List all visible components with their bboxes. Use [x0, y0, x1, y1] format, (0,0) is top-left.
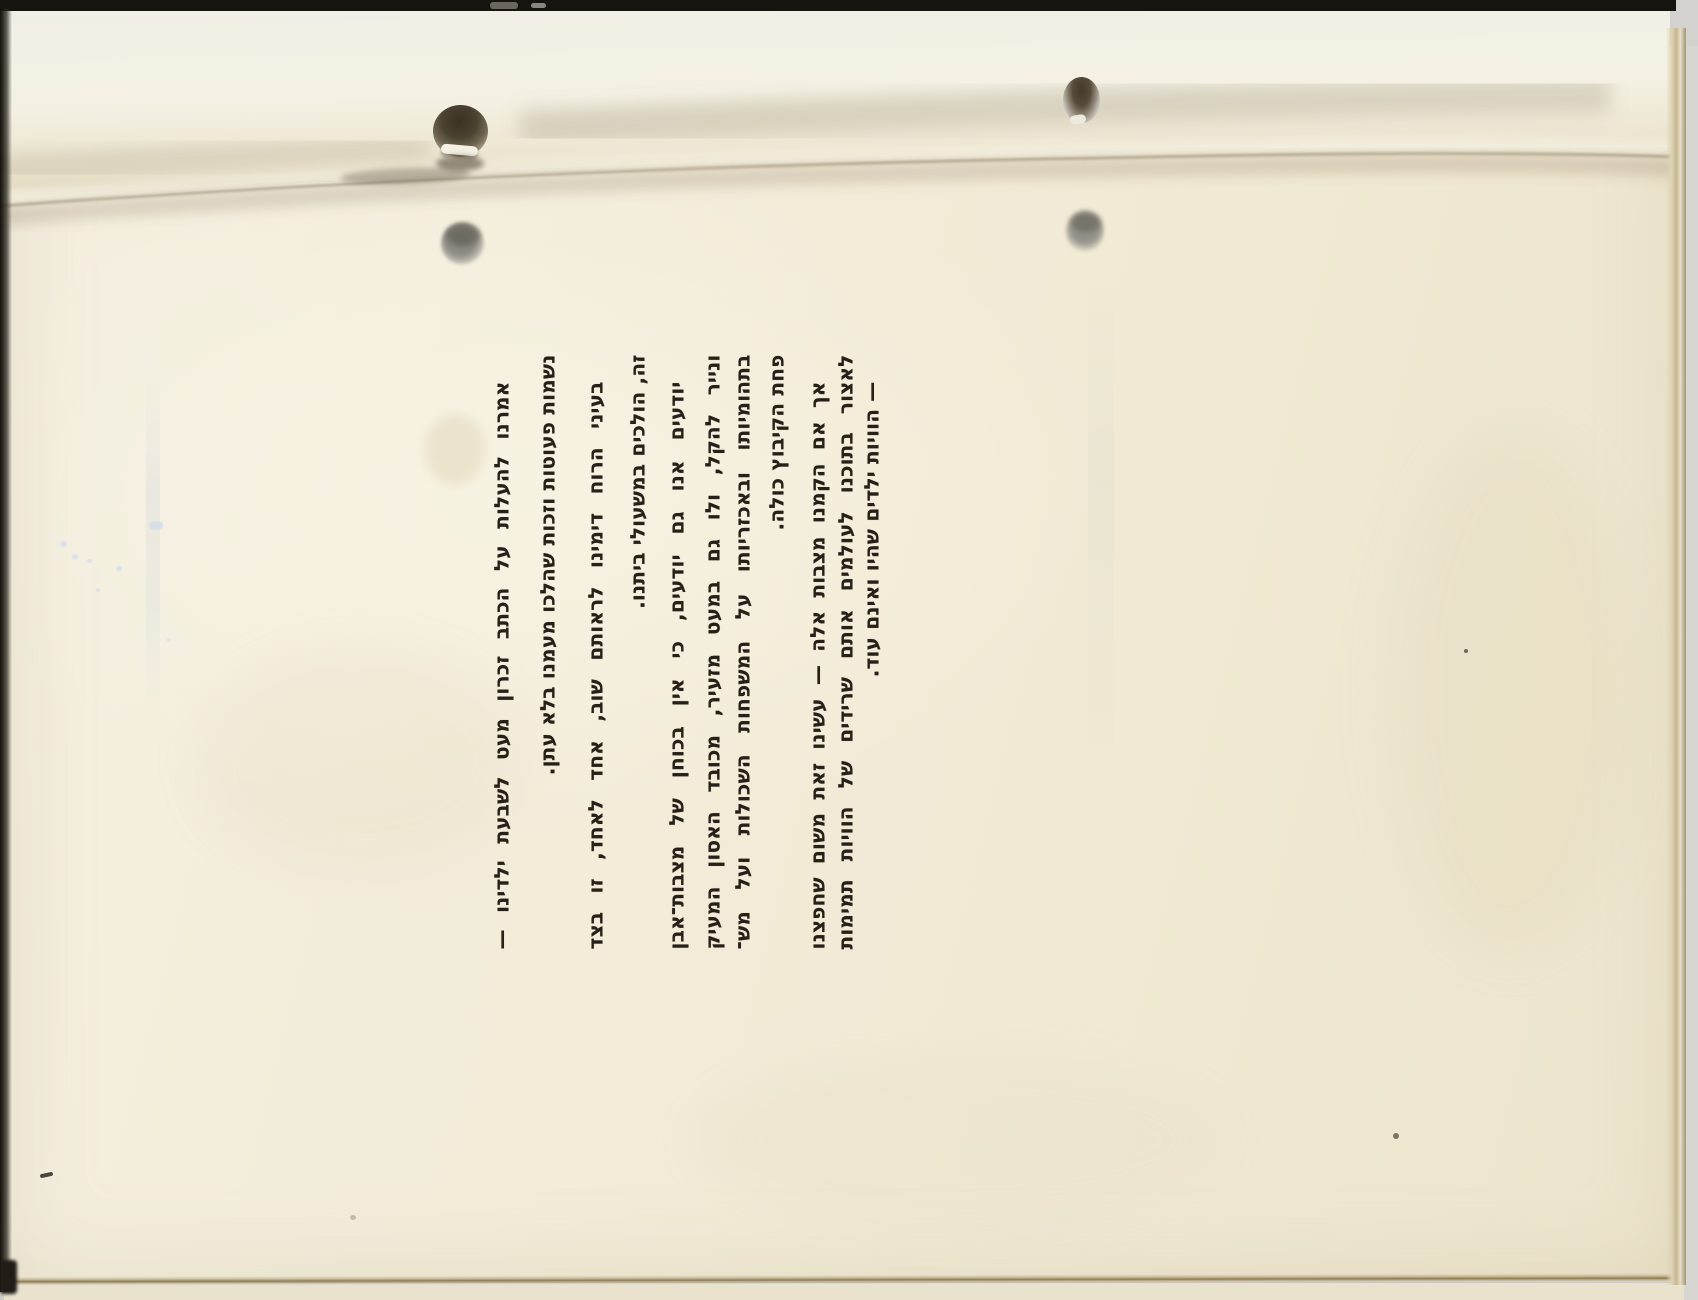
text-lines: אמרנו להעלות על הכתב זכרון מעט לשבעת ילד… — [485, 355, 889, 950]
text-line: ונייר להקל, ולו גם במעט מזעיר, מכובד האס… — [696, 355, 730, 950]
binder-edge-left-end — [0, 1260, 17, 1294]
binder-edge-top — [0, 0, 1676, 11]
blue-speck — [72, 554, 78, 559]
scanner-streak — [1088, 280, 1114, 780]
underlying-page — [4, 1283, 1686, 1300]
text-line: אמרנו להעלות על הכתב זכרון מעט לשבעת ילד… — [485, 355, 519, 950]
blue-speck — [149, 521, 163, 530]
text-line: זה, הולכים במשעולי ביתנו. — [621, 355, 655, 950]
paper-stain — [1390, 430, 1630, 950]
binder-edge-left — [0, 9, 12, 1292]
text-line: בתהומיותו ובאכזריותו על המשפחות השכולות … — [726, 355, 760, 950]
blue-speck — [60, 541, 67, 547]
blue-speck — [166, 638, 171, 642]
paper-stain — [200, 650, 520, 870]
text-line: בעיני הרוח דימינו לראותם שוב, אחד לאחד, … — [579, 355, 613, 950]
dark-speck — [350, 1215, 356, 1220]
text-line: יודעים אנו גם יודעים, כי אין בכוחן של מצ… — [660, 355, 694, 950]
punch-hole-top-left-shadow — [436, 156, 484, 171]
dark-speck — [1464, 649, 1468, 653]
punch-hole-bottom-right-shadow — [1071, 212, 1101, 232]
text-line: פחת הקיבוץ כולה. — [760, 355, 794, 950]
blue-speck — [87, 559, 92, 563]
scanner-streak — [146, 370, 160, 710]
page-right-edge — [1666, 28, 1686, 1285]
scanner-bed-right — [1684, 0, 1698, 1300]
binder-scuff — [490, 2, 518, 9]
memorial-text-block: אמרנו להעלות על הכתב זכרון מעט לשבעת ילד… — [485, 355, 889, 950]
dark-speck — [1393, 1133, 1399, 1139]
paper-stain — [700, 1060, 1220, 1220]
scanned-page-root: אמרנו להעלות על הכתב זכרון מעט לשבעת ילד… — [0, 0, 1698, 1300]
punch-hole-bottom-left-shadow — [446, 224, 480, 246]
blue-speck — [96, 588, 100, 592]
paper-stain — [425, 415, 485, 485]
blue-speck — [116, 566, 122, 571]
text-line: נשמות פעוטות וזכות שהלכו מעמנו בלא עתן. — [531, 355, 565, 950]
binder-scuff — [531, 3, 546, 8]
